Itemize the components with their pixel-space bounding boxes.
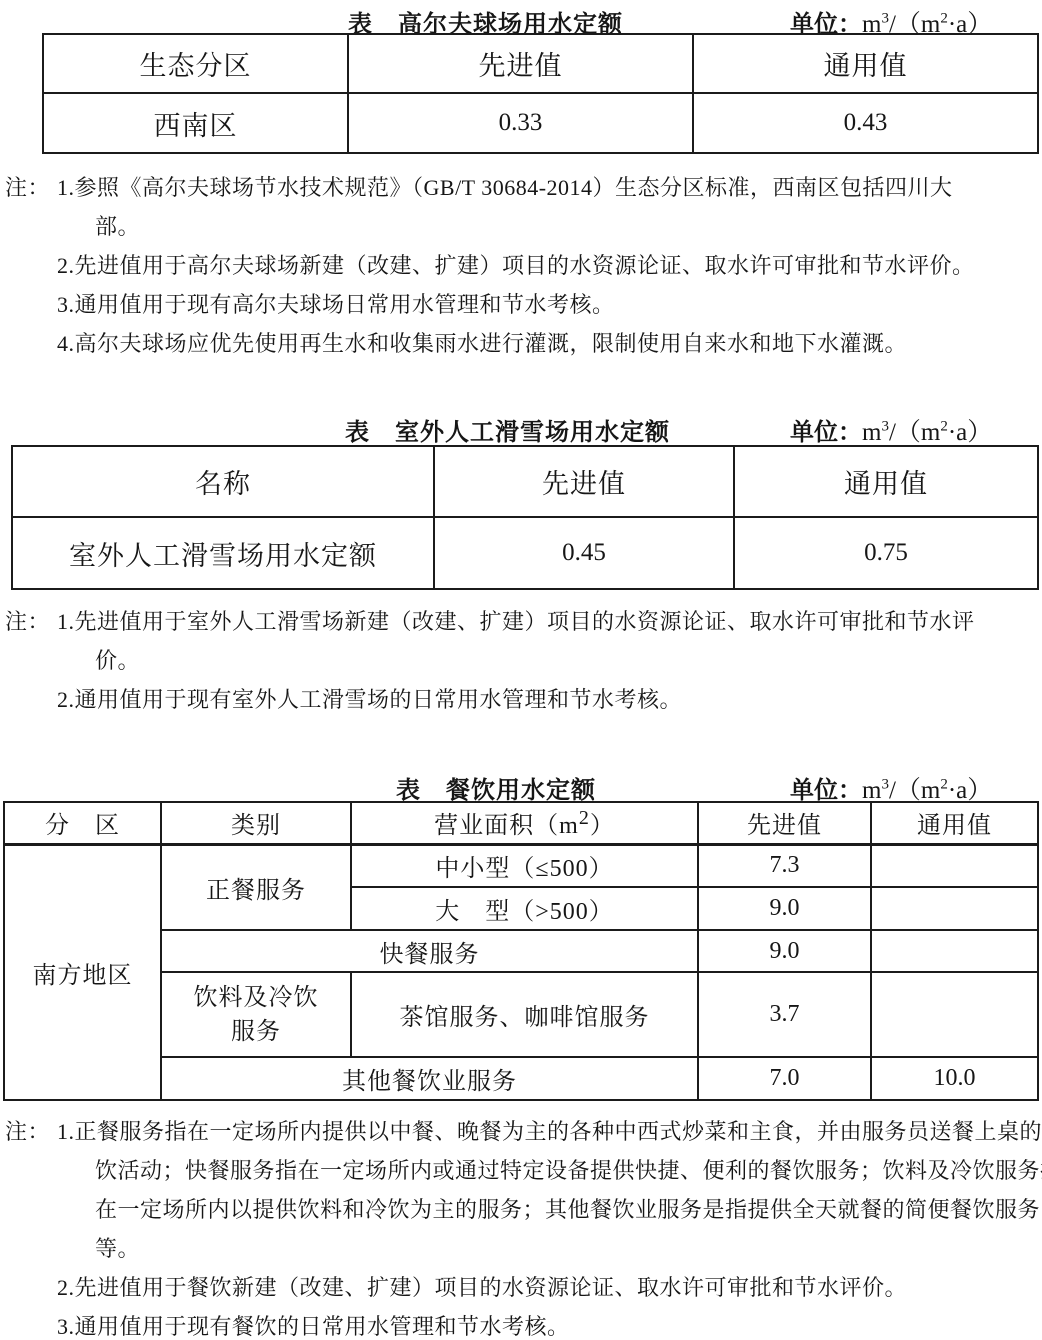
cell-category-fast-food: 快餐服务 [161,930,698,972]
note-item: 1.参照《高尔夫球场节水技术规范》（GB/T 30684-2014）生态分区标准… [57,168,985,246]
unit-part: ·a） [948,777,992,804]
unit-superscript: 3 [881,419,889,435]
unit-part: /（m [889,419,940,446]
cell-general-value: 0.75 [734,517,1038,589]
unit-part: /（m [889,777,940,804]
header-area-superscript: 2 [579,807,590,829]
cell-advanced-value: 0.33 [348,93,693,153]
unit-value: m3/（m2·a） [862,419,992,446]
catering-table-header-row: 分 区 类别 营业面积（m2） 先进值 通用值 [4,802,1038,844]
note-item: 3.通用值用于现有餐饮的日常用水管理和节水考核。 [57,1307,1042,1340]
cell-general-value-empty [871,972,1038,1057]
cell-area-small: 中小型（≤500） [351,844,698,887]
notes-label: 注： [5,602,50,641]
ski-table-data-row: 室外人工滑雪场用水定额 0.45 0.75 [12,517,1038,589]
notes-label: 注： [5,168,50,207]
header-cell-advanced: 先进值 [348,34,693,93]
header-area-text: 营业面积（m [434,813,579,839]
unit-superscript: 3 [881,11,889,27]
cell-area-large: 大 型（>500） [351,887,698,930]
note-item: 2.先进值用于高尔夫球场新建（改建、扩建）项目的水资源论证、取水许可审批和节水评… [57,246,1042,285]
golf-table: 生态分区 先进值 通用值 西南区 0.33 0.43 [42,33,1039,154]
cell-region: 西南区 [43,93,348,153]
golf-table-data-row: 西南区 0.33 0.43 [43,93,1038,153]
header-cell-general: 通用值 [871,802,1038,844]
header-cell-name: 名称 [12,446,434,517]
cell-advanced-value: 3.7 [698,972,871,1057]
header-area-text: ） [590,813,615,839]
cell-advanced-value: 7.3 [698,844,871,887]
note-item: 4.高尔夫球场应优先使用再生水和收集雨水进行灌溉，限制使用自来水和地下水灌溉。 [57,324,1042,363]
cell-advanced-value: 9.0 [698,887,871,930]
notes-label: 注： [5,1112,50,1151]
ski-table-caption: 表 室外人工滑雪场用水定额 单位：m3/（m2·a） [0,412,1042,442]
cell-general-value: 0.43 [693,93,1038,153]
unit-part: ·a） [948,419,992,446]
note-item: 3.通用值用于现有高尔夫球场日常用水管理和节水考核。 [57,285,1042,324]
unit-part: m [862,777,881,804]
unit-superscript: 2 [940,777,948,793]
note-item: 2.通用值用于现有室外人工滑雪场的日常用水管理和节水考核。 [57,680,1042,719]
cell-region-south: 南方地区 [4,844,161,1100]
unit-label: 单位： [790,419,862,446]
header-cell-eco-zone: 生态分区 [43,34,348,93]
catering-table-caption: 表 餐饮用水定额 单位：m3/（m2·a） [0,770,1042,800]
ski-table-header-row: 名称 先进值 通用值 [12,446,1038,517]
unit-label: 单位： [790,777,862,804]
ski-notes: 注： 1.先进值用于室外人工滑雪场新建（改建、扩建）项目的水资源论证、取水许可审… [5,602,1042,719]
unit-value: m3/（m2·a） [862,777,992,804]
header-cell-business-area: 营业面积（m2） [351,802,698,844]
ski-table-unit: 单位：m3/（m2·a） [790,412,992,448]
ski-table-title: 表 室外人工滑雪场用水定额 [345,412,670,447]
unit-part: m [862,419,881,446]
cell-general-value-empty [871,930,1038,972]
note-item: 1.先进值用于室外人工滑雪场新建（改建、扩建）项目的水资源论证、取水许可审批和节… [57,602,1005,680]
document-page: 表 高尔夫球场用水定额 单位：m3/（m2·a） 生态分区 先进值 通用值 西南… [0,0,1042,1340]
header-cell-category: 类别 [161,802,351,844]
catering-table: 分 区 类别 营业面积（m2） 先进值 通用值 南方地区 正餐服务 中小型（≤5… [3,801,1039,1101]
catering-row-small-dining: 南方地区 正餐服务 中小型（≤500） 7.3 [4,844,1038,887]
catering-notes: 注： 1.正餐服务指在一定场所内提供以中餐、晚餐为主的各种中西式炒菜和主食，并由… [5,1112,1042,1340]
cell-area-teahouse: 茶馆服务、咖啡馆服务 [351,972,698,1057]
cell-advanced-value: 7.0 [698,1057,871,1100]
cell-advanced-value: 0.45 [434,517,734,589]
header-cell-region: 分 区 [4,802,161,844]
cell-category-beverage: 饮料及冷饮服务 [161,972,351,1057]
cell-advanced-value: 9.0 [698,930,871,972]
ski-table: 名称 先进值 通用值 室外人工滑雪场用水定额 0.45 0.75 [11,445,1039,590]
header-cell-general: 通用值 [693,34,1038,93]
cell-name: 室外人工滑雪场用水定额 [12,517,434,589]
golf-notes: 注： 1.参照《高尔夫球场节水技术规范》（GB/T 30684-2014）生态分… [5,168,1042,363]
note-item: 2.先进值用于餐饮新建（改建、扩建）项目的水资源论证、取水许可审批和节水评价。 [57,1268,1042,1307]
unit-superscript: 3 [881,777,889,793]
cell-general-value: 10.0 [871,1057,1038,1100]
cell-general-value-empty [871,887,1038,930]
catering-table-title: 表 餐饮用水定额 [396,770,596,805]
unit-superscript: 2 [940,11,948,27]
golf-table-header-row: 生态分区 先进值 通用值 [43,34,1038,93]
cell-category-beverage-text: 饮料及冷饮服务 [186,981,326,1049]
header-cell-general: 通用值 [734,446,1038,517]
golf-table-caption: 表 高尔夫球场用水定额 单位：m3/（m2·a） [0,4,1042,34]
unit-superscript: 2 [940,419,948,435]
header-cell-advanced: 先进值 [698,802,871,844]
cell-category-full-dining: 正餐服务 [161,844,351,930]
header-cell-advanced: 先进值 [434,446,734,517]
cell-general-value-empty [871,844,1038,887]
cell-category-other: 其他餐饮业服务 [161,1057,698,1100]
note-item: 1.正餐服务指在一定场所内提供以中餐、晚餐为主的各种中西式炒菜和主食，并由服务员… [57,1112,1042,1268]
